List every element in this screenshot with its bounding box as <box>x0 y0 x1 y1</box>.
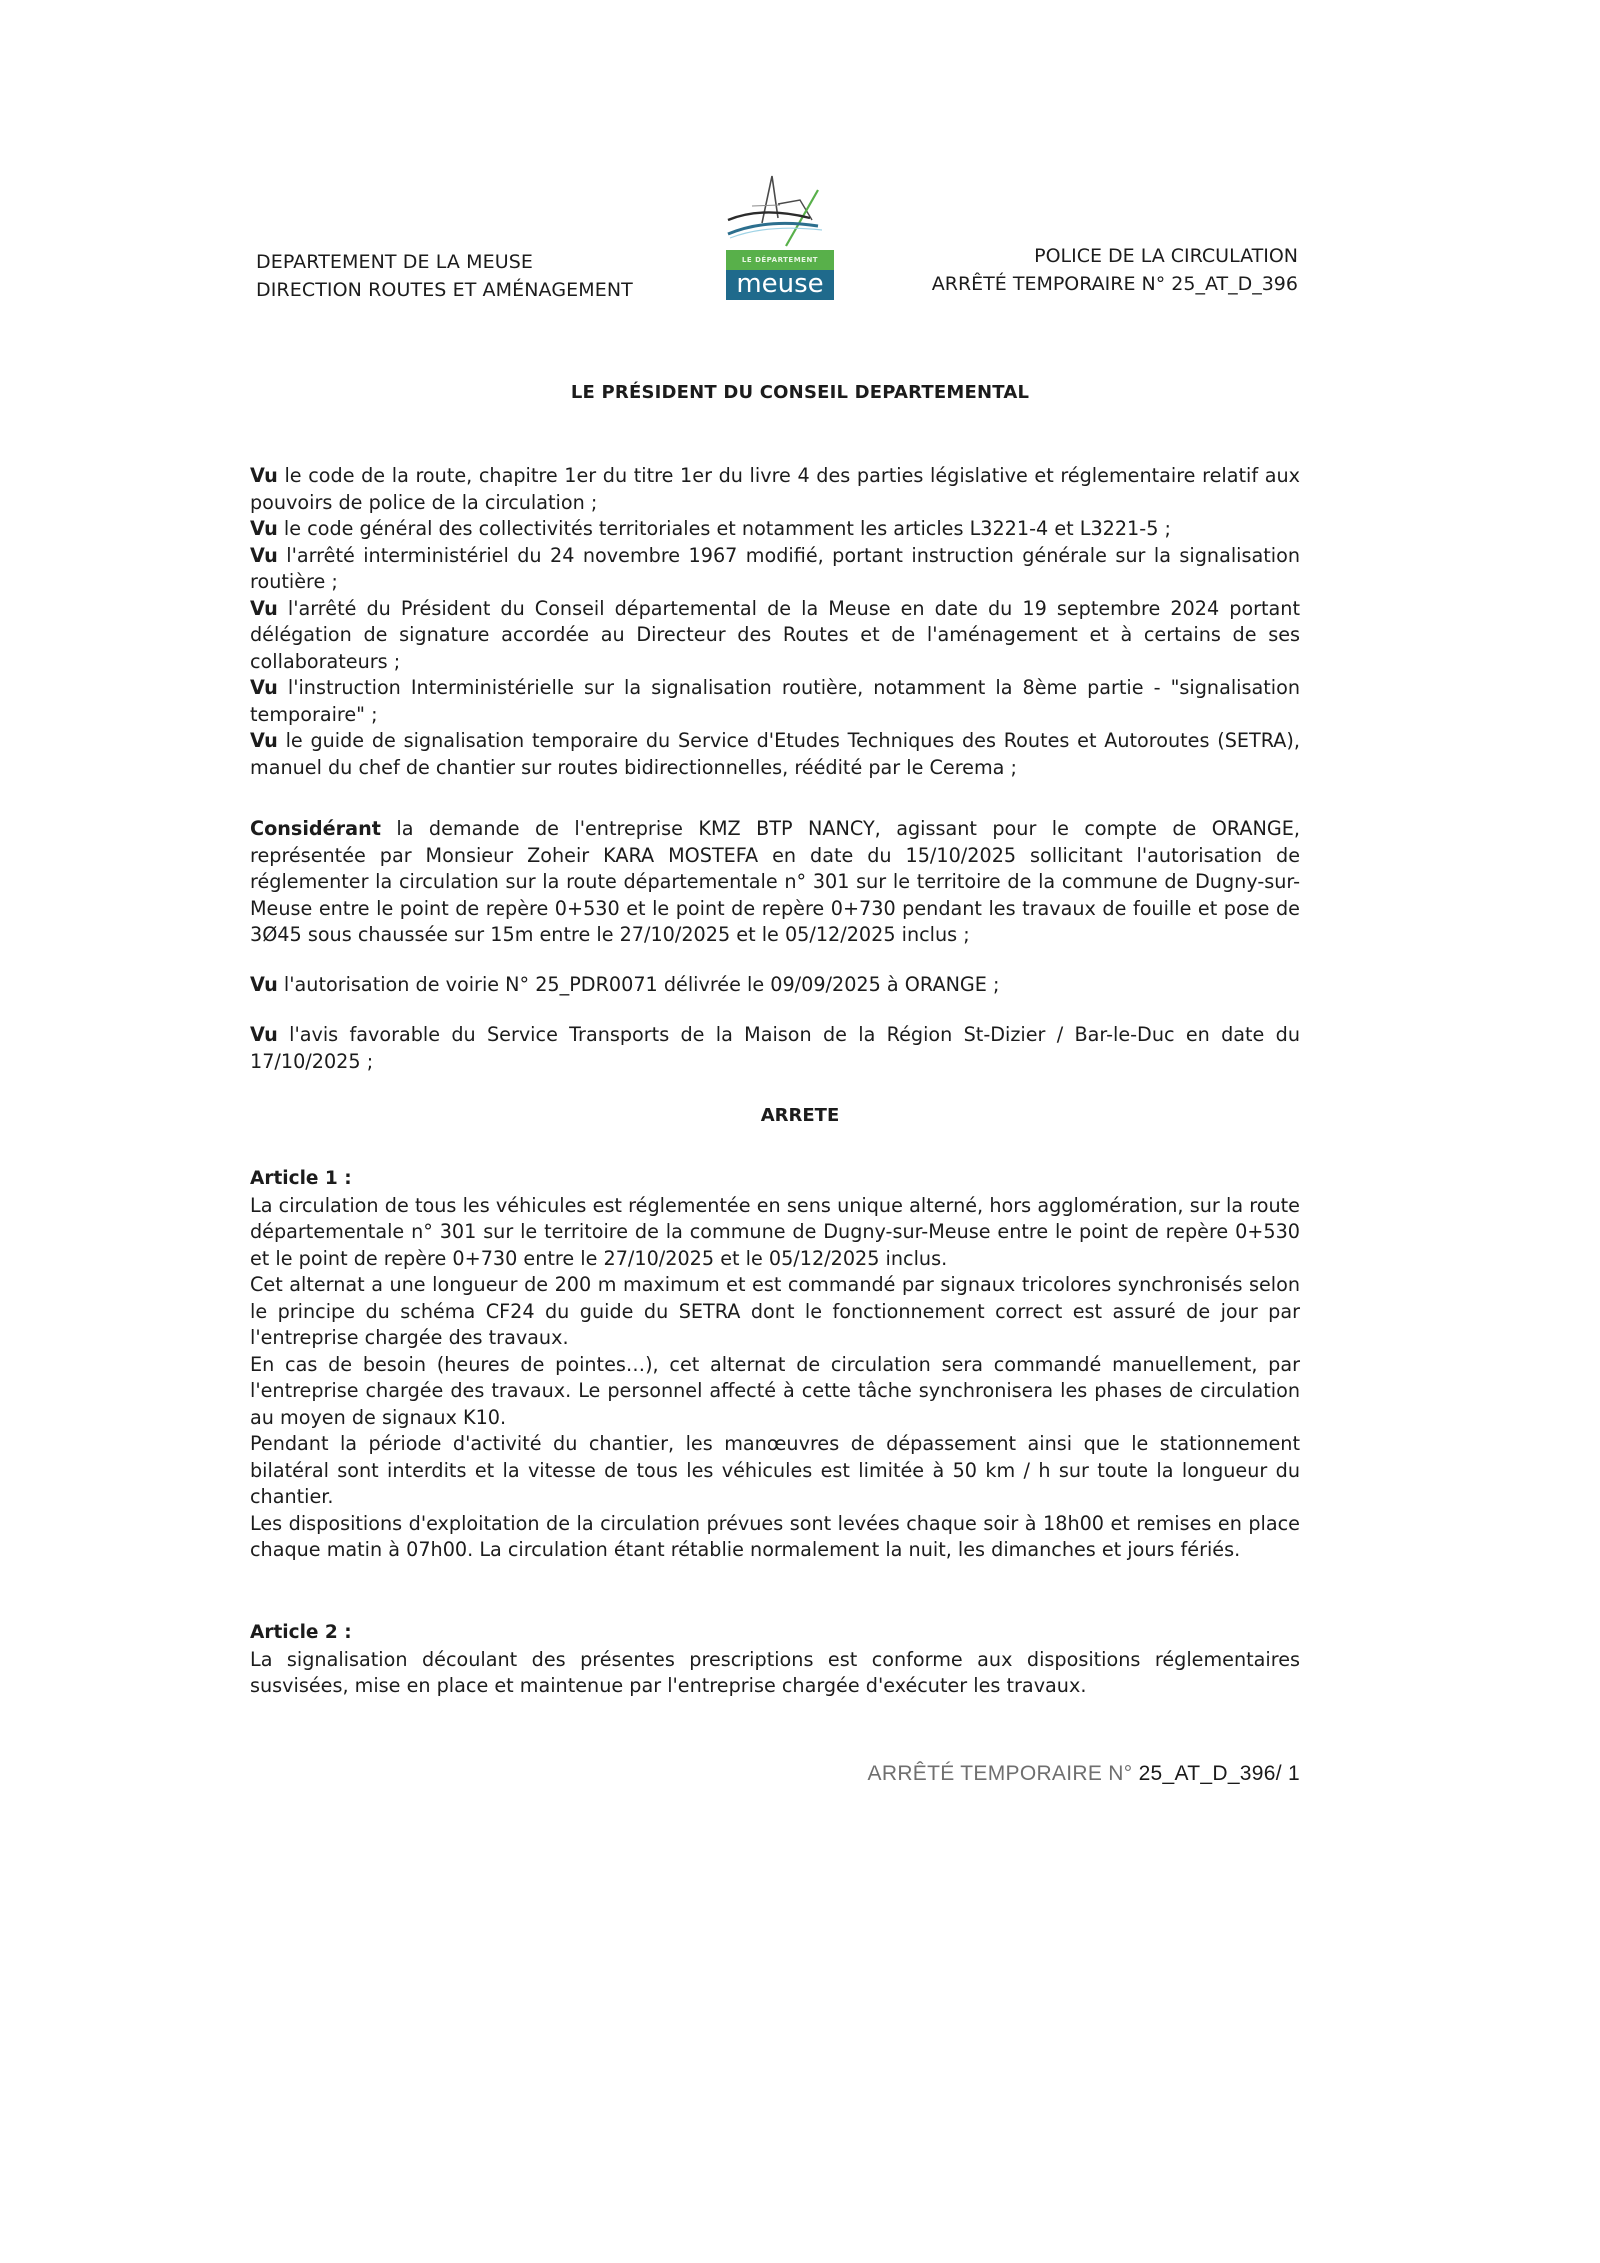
logo-name: meuse <box>726 270 834 300</box>
article-heading: Article 2 : <box>250 1620 1300 1647</box>
document-page: DEPARTEMENT DE LA MEUSE DIRECTION ROUTES… <box>0 0 1600 2263</box>
visa-item: Vu le guide de signalisation temporaire … <box>250 728 1300 781</box>
arrete-reference: ARRÊTÉ TEMPORAIRE N° 25_AT_D_396 <box>932 270 1298 298</box>
article-paragraph: En cas de besoin (heures de pointes…), c… <box>250 1352 1300 1432</box>
meuse-logo: LE DÉPARTEMENT meuse <box>722 168 838 303</box>
visa-item: Vu le code général des collectivités ter… <box>250 516 1300 543</box>
visa-item: Vu l'arrêté du Président du Conseil dépa… <box>250 596 1300 676</box>
footer-number: 25_AT_D_396/ 1 <box>1139 1762 1300 1785</box>
article-paragraph: La circulation de tous les véhicules est… <box>250 1193 1300 1273</box>
arrete-heading: ARRETE <box>0 1105 1600 1126</box>
considerant-section: Considérant la demande de l'entreprise K… <box>250 816 1300 949</box>
reference-block: POLICE DE LA CIRCULATION ARRÊTÉ TEMPORAI… <box>932 242 1298 298</box>
considerant-paragraph: Considérant la demande de l'entreprise K… <box>250 816 1300 949</box>
footer-label: ARRÊTÉ TEMPORAIRE N° <box>868 1762 1139 1785</box>
article-heading: Article 1 : <box>250 1166 1300 1193</box>
article-2: Article 2 : La signalisation découlant d… <box>250 1620 1300 1700</box>
article-paragraph: Les dispositions d'exploitation de la ci… <box>250 1511 1300 1564</box>
visa-autorisation: Vu l'autorisation de voirie N° 25_PDR007… <box>250 972 1300 999</box>
page-footer: ARRÊTÉ TEMPORAIRE N° 25_AT_D_396/ 1 <box>868 1762 1300 1786</box>
article-paragraph: La signalisation découlant des présentes… <box>250 1647 1300 1700</box>
visas-section: Vu le code de la route, chapitre 1er du … <box>250 463 1300 781</box>
police-label: POLICE DE LA CIRCULATION <box>932 242 1298 270</box>
visa-avis: Vu l'avis favorable du Service Transport… <box>250 1022 1300 1075</box>
article-paragraph: Cet alternat a une longueur de 200 m max… <box>250 1272 1300 1352</box>
visa-item: Vu le code de la route, chapitre 1er du … <box>250 463 1300 516</box>
department-name: DEPARTEMENT DE LA MEUSE <box>256 248 633 276</box>
direction-name: DIRECTION ROUTES ET AMÉNAGEMENT <box>256 276 633 304</box>
logo-emblem-icon <box>722 168 838 250</box>
issuer-block: DEPARTEMENT DE LA MEUSE DIRECTION ROUTES… <box>256 248 633 304</box>
visa-item: Vu l'arrêté interministériel du 24 novem… <box>250 543 1300 596</box>
article-1: Article 1 : La circulation de tous les v… <box>250 1166 1300 1564</box>
article-paragraph: Pendant la période d'activité du chantie… <box>250 1431 1300 1511</box>
logo-top-label: LE DÉPARTEMENT <box>726 250 834 270</box>
page-title: LE PRÉSIDENT DU CONSEIL DEPARTEMENTAL <box>0 382 1600 403</box>
visa-item: Vu l'instruction Interministérielle sur … <box>250 675 1300 728</box>
